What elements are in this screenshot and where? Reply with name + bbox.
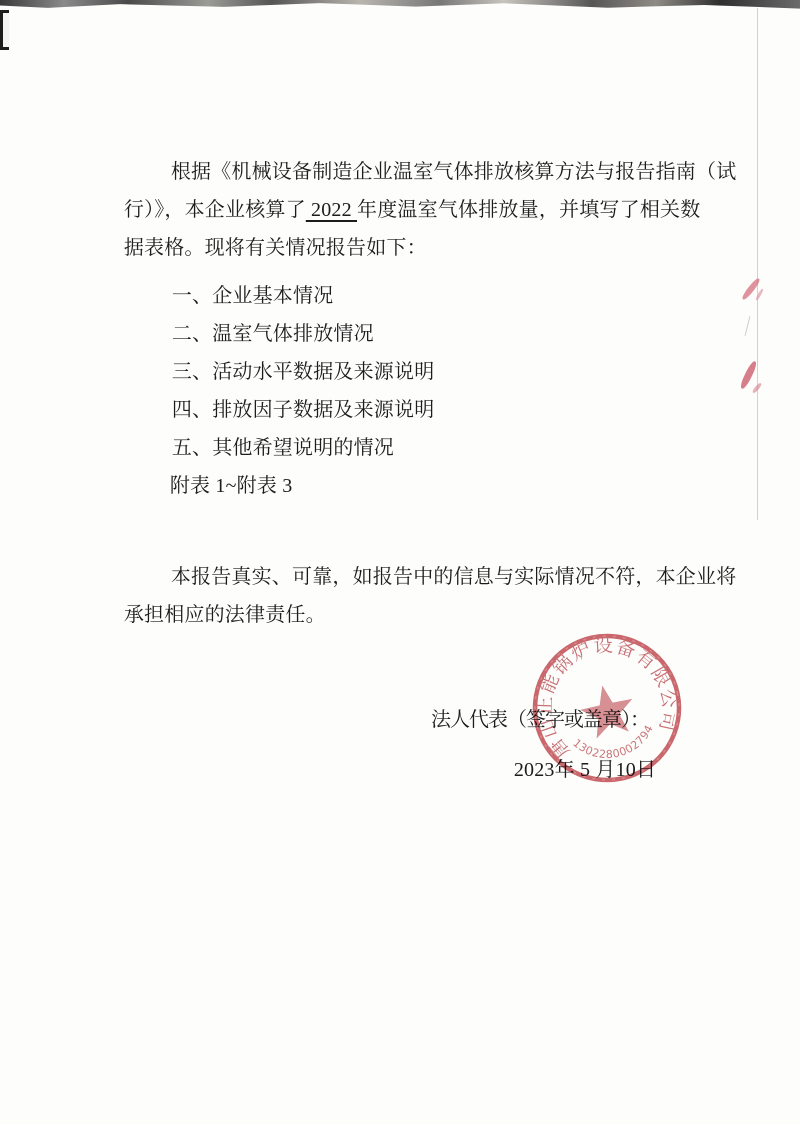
scan-artifact-page-edge-line bbox=[757, 8, 758, 520]
appendix-note: 附表 1~附表 3 bbox=[149, 447, 292, 525]
company-seal-stamp: 唐山正能锅炉设备有限公司 1302280002794 bbox=[505, 605, 715, 820]
appendix-note-text: 附表 1~附表 3 bbox=[170, 475, 293, 497]
scanned-document-page: 根据《机械设备制造企业温室气体排放核算方法与报告指南（试 行）》，本企业核算了 … bbox=[0, 0, 800, 1124]
scan-artifact-top-edge bbox=[0, 0, 800, 11]
seal-code: 1302280002794 bbox=[569, 720, 661, 769]
declaration-paragraph-line-2: 承担相应的法律责任。 bbox=[103, 576, 326, 654]
seal-star-icon bbox=[576, 680, 639, 741]
scan-artifact-scratch bbox=[745, 316, 751, 336]
scan-artifact-corner-bracket bbox=[0, 10, 9, 50]
intro-text: 据表格。现将有关情况报告如下： bbox=[124, 237, 427, 259]
declaration-text: 承担相应的法律责任。 bbox=[124, 604, 326, 626]
